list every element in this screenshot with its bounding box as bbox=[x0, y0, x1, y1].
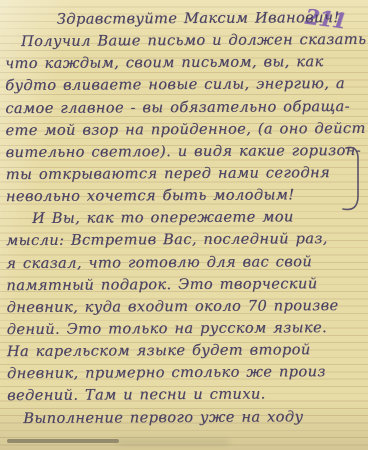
handwriting-line: И Вы, как то опережаете мои bbox=[6, 206, 366, 230]
handwriting-line: ведений. Там и песни и стихи. bbox=[7, 383, 367, 407]
paper-edge-shadow bbox=[7, 439, 119, 443]
handwriting-line: дневник, примерно столько же произ bbox=[7, 361, 367, 385]
handwriting-line: Здравствуйте Максим Иванович! bbox=[5, 7, 365, 31]
handwriting-line: самое главное - вы обязательно обраща- bbox=[5, 95, 365, 119]
letter-page: 211 Здравствуйте Максим Иванович! Получи… bbox=[0, 0, 368, 450]
handwriting-line: памятный подарок. Это творческий bbox=[6, 273, 366, 297]
handwriting-line: невольно хочется быть молодым! bbox=[6, 184, 366, 208]
handwriting-line: вительно светлое). и видя какие горизон- bbox=[6, 140, 366, 164]
handwriting-line: Получил Ваше письмо и должен сказать bbox=[5, 29, 365, 53]
handwriting-line: что каждым, своим письмом, вы, как bbox=[5, 51, 365, 75]
handwriting-line: дневник, куда входит около 70 произве bbox=[6, 295, 366, 319]
handwriting-line: будто вливаете новые силы, энергию, а bbox=[5, 73, 365, 97]
margin-bracket-icon bbox=[342, 144, 366, 222]
handwriting-line: мысли: Встретив Вас, последний раз, bbox=[6, 228, 366, 252]
handwriting-line: Выполнение первого уже на ходу bbox=[7, 405, 367, 429]
handwriting-line: ете мой взор на пройденное, (а оно дейст bbox=[5, 118, 365, 142]
handwriting-block: Здравствуйте Максим Иванович! Получил Ва… bbox=[5, 7, 368, 430]
handwriting-line: ты открываются перед нами сегодня bbox=[6, 162, 366, 186]
handwriting-line: дений. Это только на русском языке. bbox=[7, 317, 367, 341]
handwriting-line: На карельском языке будет второй bbox=[7, 339, 367, 363]
handwriting-line: я сказал, что готовлю для вас свой bbox=[6, 250, 366, 274]
